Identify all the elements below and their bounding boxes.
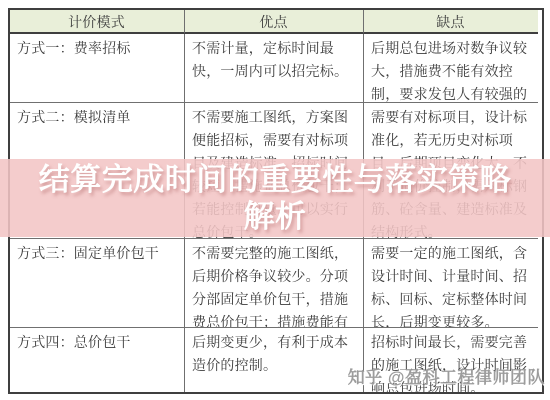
row4-mode-cell: 方式四：总价包干 — [10, 328, 185, 392]
header-cell-cons: 缺点 — [364, 10, 538, 34]
zhihu-watermark: 知乎 @盈科工程律师团队 — [348, 363, 545, 388]
row3-mode-cell: 方式三：固定单价包干 — [10, 239, 185, 328]
row3-cons-cell: 需要一定的施工图纸，含设计时间、计量时间、招标、回标、定标整体时间长，后期变更较… — [364, 239, 538, 328]
headline-banner: 结算完成时间的重要性与落实策略 解析 — [0, 159, 550, 237]
header-cell-pros: 优点 — [185, 10, 364, 34]
headline-title-line2: 解析 — [244, 198, 307, 235]
row4-pros-cell: 后期变更少，有利于成本造价的控制。 — [185, 328, 364, 392]
headline-title-line1: 结算完成时间的重要性与落实策略 — [39, 161, 512, 198]
row3-pros-cell: 不需要完整的施工图纸，后期价格争议较少。分项分部固定单价包干，措施费总价包干；措… — [185, 239, 364, 328]
row1-cons-cell: 后期总包进场对数争议较大，措施费不能有效控制，要求发包人有较强的工程管理水平。 — [364, 34, 538, 103]
row1-mode-cell: 方式一：费率招标 — [10, 34, 185, 103]
header-cell-mode: 计价模式 — [10, 10, 185, 34]
row1-pros-cell: 不需计量，定标时间最快，一周内可以招完标。 — [185, 34, 364, 103]
